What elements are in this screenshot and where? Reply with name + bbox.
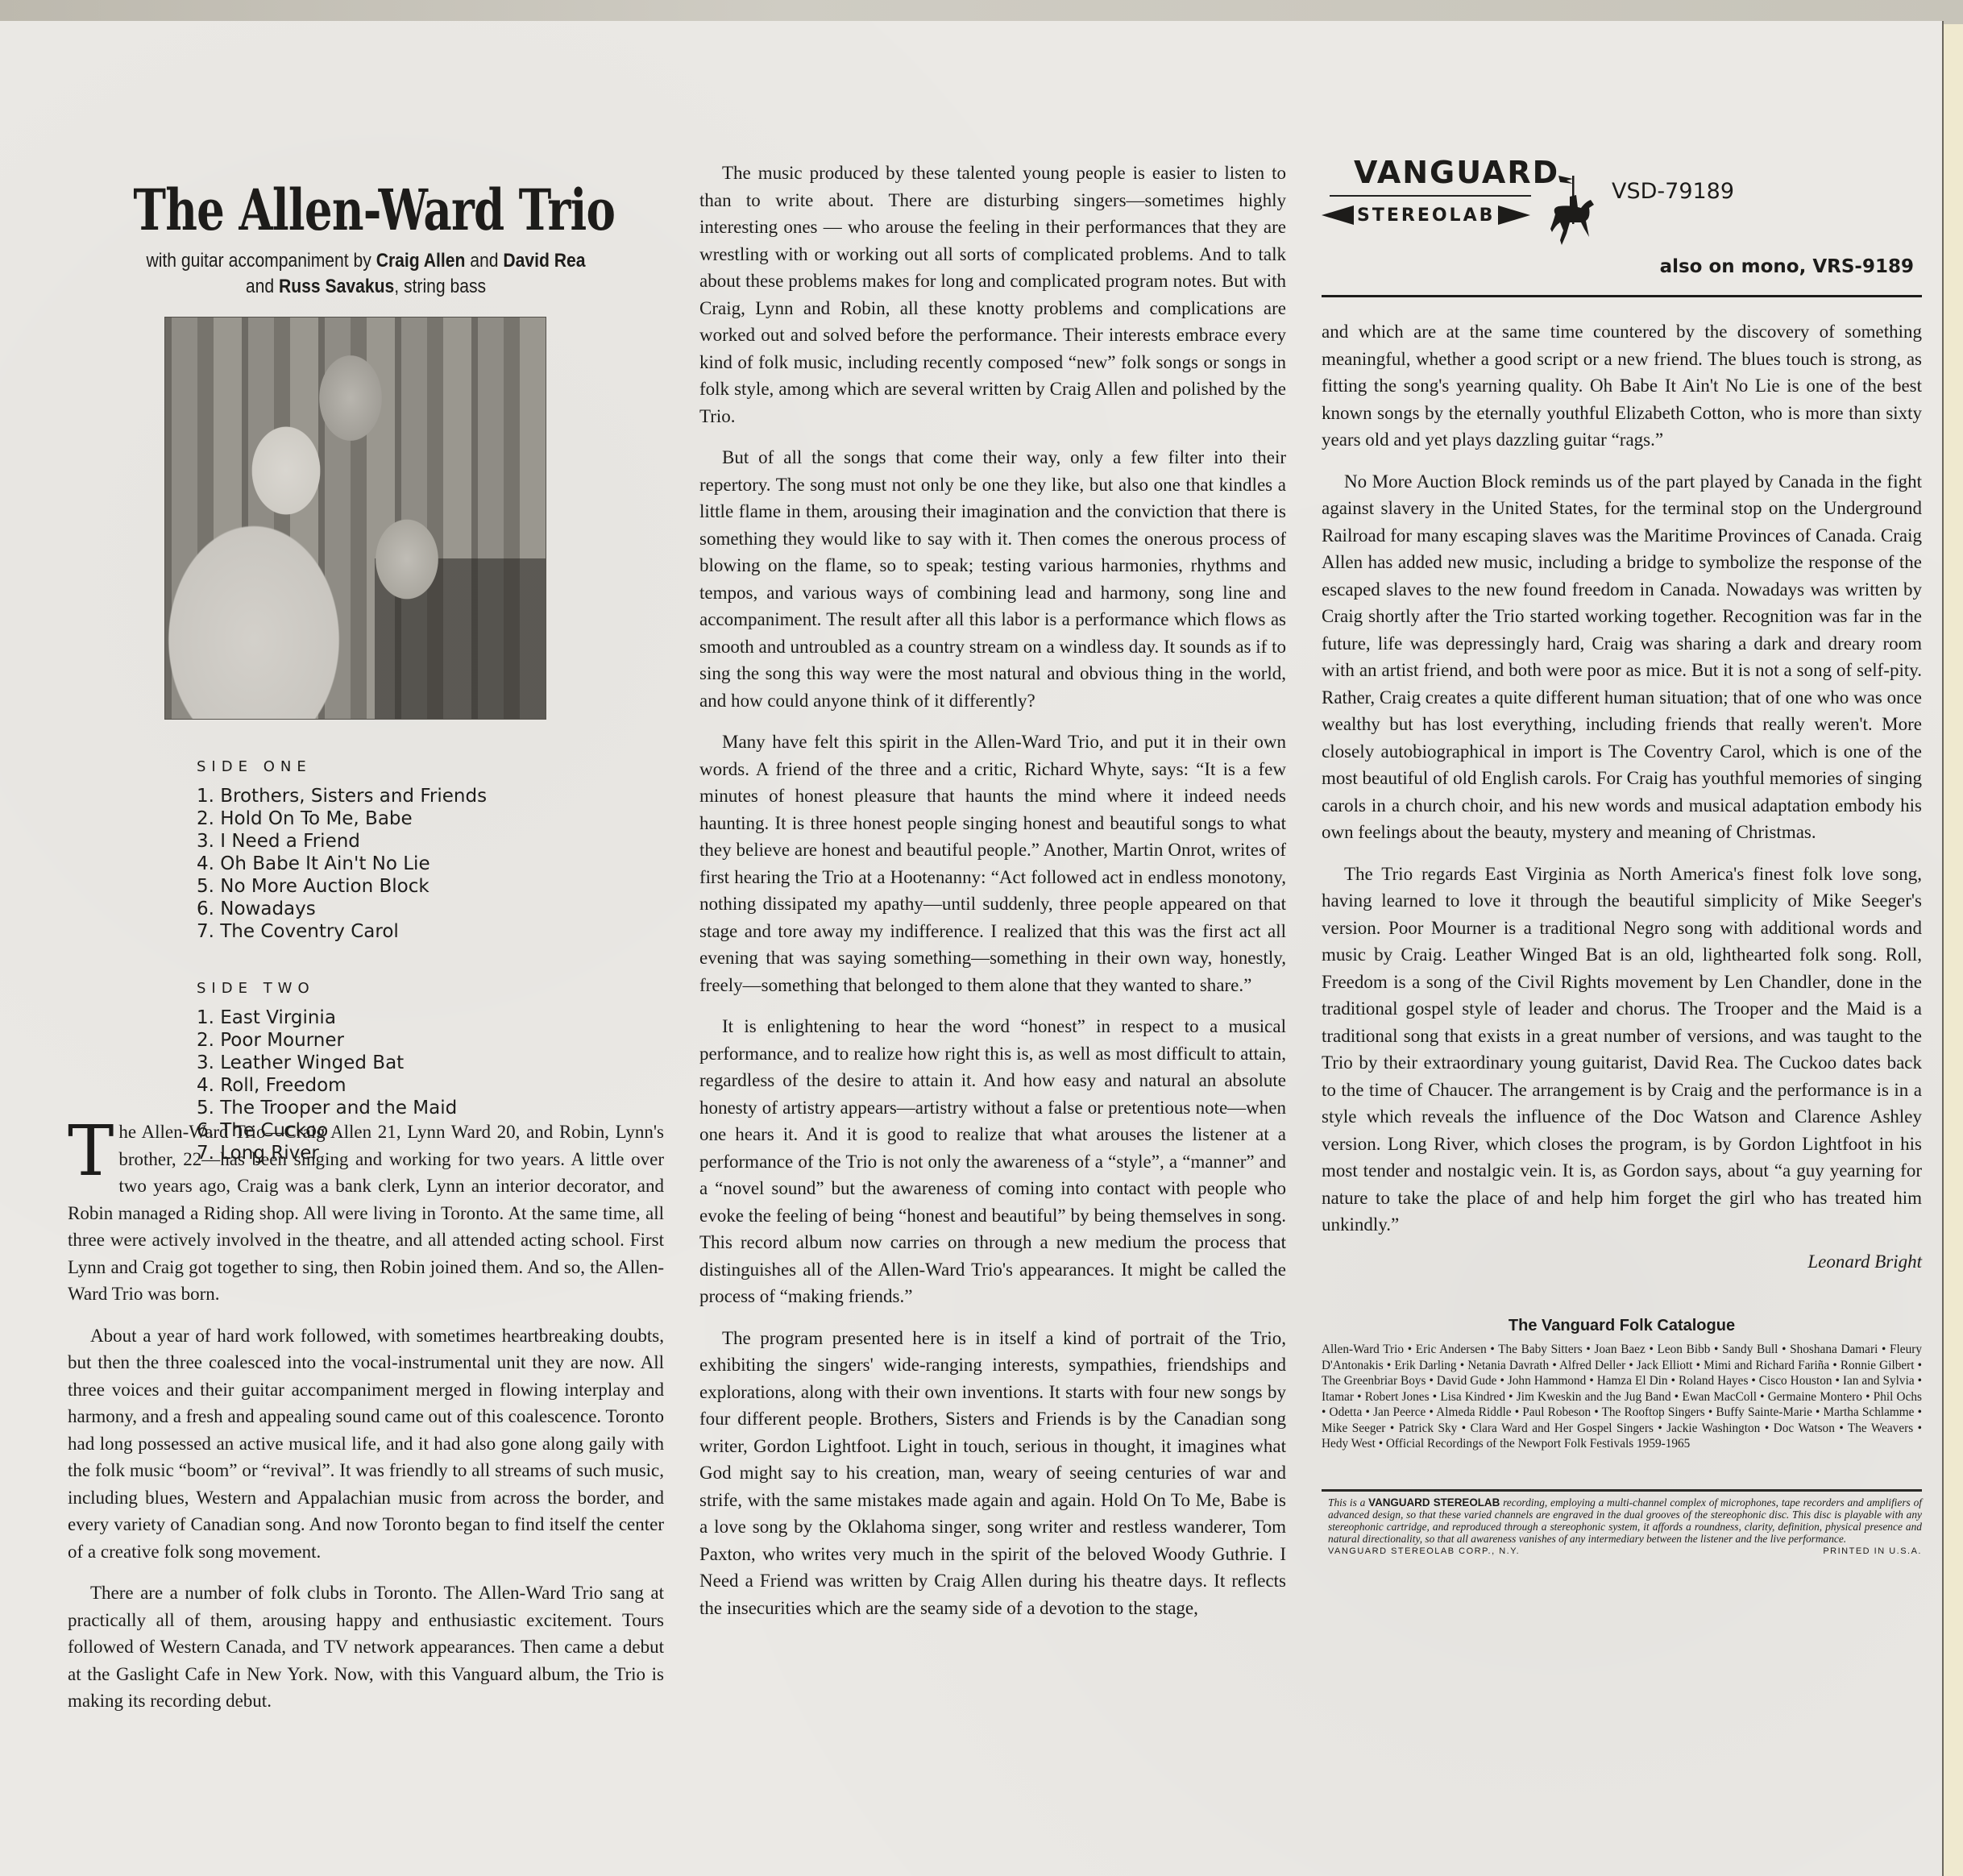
liner-paragraph: and which are at the same time countered… <box>1322 318 1922 454</box>
author-signature: Leonard Bright <box>1322 1248 1922 1276</box>
track-item: 1. East Virginia <box>197 1006 664 1029</box>
track-item: 3. Leather Winged Bat <box>197 1052 664 1074</box>
guitarist-craig-allen: Craig Allen <box>376 250 466 272</box>
catalog-number: VSD-79189 <box>1612 179 1734 204</box>
track-item: 1. Brothers, Sisters and Friends <box>197 785 664 807</box>
label-header: VANGUARD STEREOLAB VSD-79189 also on mon… <box>1322 142 1922 307</box>
sleeve-edge <box>1944 24 1963 1876</box>
right-column: VANGUARD STEREOLAB VSD-79189 also on mon… <box>1322 142 1922 1556</box>
track-item: 3. I Need a Friend <box>197 830 664 853</box>
liner-paragraph: No More Auction Block reminds us of the … <box>1322 468 1922 846</box>
footer-divider <box>1322 1489 1922 1492</box>
knight-on-horse-icon <box>1549 172 1597 250</box>
liner-paragraph: The Trio regards East Virginia as North … <box>1322 861 1922 1239</box>
stereolab-logo: STEREOLAB <box>1322 201 1530 229</box>
liner-paragraph: It is enlightening to hear the word “hon… <box>699 1013 1286 1310</box>
side-two-label: SIDE TWO <box>197 980 664 997</box>
liner-notes-left: The Allen-Ward Trio—Craig Allen 21, Lynn… <box>68 1119 664 1729</box>
header-divider <box>1322 295 1922 297</box>
catalogue-title: The Vanguard Folk Catalogue <box>1322 1317 1922 1335</box>
liner-paragraph: But of all the songs that come their way… <box>699 444 1286 714</box>
album-title: The Allen-Ward Trio <box>133 182 598 239</box>
liner-notes-right: and which are at the same time countered… <box>1322 318 1922 1275</box>
liner-paragraph: There are a number of folk clubs in Toro… <box>68 1579 664 1715</box>
catalogue-artist-list: Allen-Ward Trio • Eric Andersen • The Ba… <box>1322 1342 1922 1452</box>
liner-notes-middle: The music produced by these talented you… <box>699 160 1286 1636</box>
liner-paragraph: The program presented here is in itself … <box>699 1325 1286 1622</box>
tracklist: SIDE ONE 1. Brothers, Sisters and Friend… <box>197 758 664 1164</box>
logo-divider <box>1330 195 1531 197</box>
folk-catalogue: The Vanguard Folk Catalogue Allen-Ward T… <box>1322 1317 1922 1452</box>
track-item: 2. Hold On To Me, Babe <box>197 807 664 830</box>
printed-in: PRINTED IN U.S.A. <box>1823 1546 1922 1556</box>
liner-paragraph: The Allen-Ward Trio—Craig Allen 21, Lynn… <box>68 1119 664 1308</box>
stereolab-recording-note: This is a VANGUARD STEREOLAB recording, … <box>1322 1496 1922 1545</box>
mono-edition-note: also on mono, VRS-9189 <box>1660 256 1914 277</box>
arrow-right-icon <box>1498 205 1530 225</box>
liner-paragraph: The music produced by these talented you… <box>699 160 1286 430</box>
track-item: 4. Oh Babe It Ain't No Lie <box>197 853 664 875</box>
left-column: The Allen-Ward Trio with guitar accompan… <box>68 182 664 1164</box>
liner-paragraph: Many have felt this spirit in the Allen-… <box>699 728 1286 998</box>
track-item: 7. The Coventry Carol <box>197 920 664 943</box>
liner-paragraph: About a year of hard work followed, with… <box>68 1322 664 1566</box>
album-back-cover: The Allen-Ward Trio with guitar accompan… <box>0 21 1944 1876</box>
side-one-label: SIDE ONE <box>197 758 664 775</box>
vanguard-logo: VANGUARD <box>1354 155 1559 190</box>
arrow-left-icon <box>1322 205 1354 225</box>
bassist-russ-savakus: Russ Savakus <box>279 276 394 297</box>
band-photo <box>164 317 546 720</box>
track-item: 5. No More Auction Block <box>197 875 664 898</box>
guitarist-david-rea: David Rea <box>503 250 585 272</box>
album-credits: with guitar accompaniment by Craig Allen… <box>103 248 628 301</box>
company-name: VANGUARD STEREOLAB CORP., N.Y. <box>1328 1546 1520 1556</box>
track-item: 6. Nowadays <box>197 898 664 920</box>
track-item: 4. Roll, Freedom <box>197 1074 664 1097</box>
footer-imprint: VANGUARD STEREOLAB CORP., N.Y. PRINTED I… <box>1322 1546 1922 1556</box>
dropcap: T <box>68 1125 114 1178</box>
track-item: 5. The Trooper and the Maid <box>197 1097 664 1119</box>
track-item: 2. Poor Mourner <box>197 1029 664 1052</box>
